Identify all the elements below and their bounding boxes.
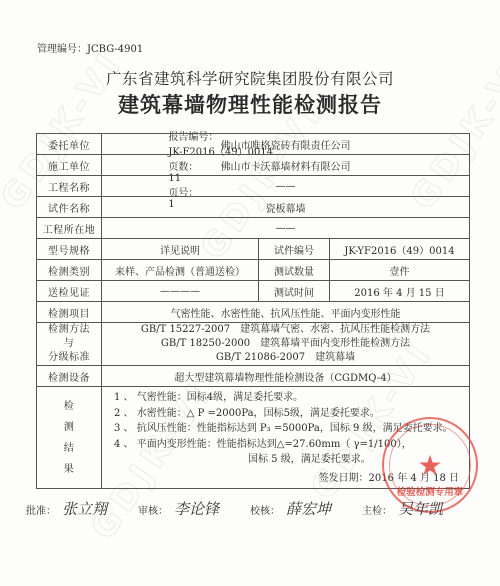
test-items-value: 气密性能、水密性能、抗风压性能、平面内变形性能 xyxy=(102,302,470,323)
quantity-value: 壹件 xyxy=(330,260,470,281)
test-items-label: 检测项目 xyxy=(37,302,102,323)
report-title: 建筑幕墙物理性能检测报告 xyxy=(0,89,500,119)
approve-label: 批准： xyxy=(26,502,56,517)
equipment-value: 超大型建筑幕墙物理性能检测设备（CGDMQ-4） xyxy=(102,366,470,387)
equipment-label: 检测设备 xyxy=(37,366,102,387)
contractor-label: 施工单位 xyxy=(37,155,102,176)
test-category-value: 来样、产品检测（普通送检） xyxy=(102,260,259,281)
specimen-name-value: 瓷板幕墙 xyxy=(102,197,470,218)
witness-label: 送检见证 xyxy=(37,281,102,302)
table-row: 工程所在地 —— xyxy=(37,218,470,239)
check-signature: 薛宏坤 xyxy=(286,498,331,519)
project-location-label: 工程所在地 xyxy=(37,218,102,239)
test-date-label: 测试时间 xyxy=(259,281,330,302)
result-line: 2 、 水密性能：△ P =2000Pa，国标5级，满足委托要求。 xyxy=(108,406,463,422)
test-date-value: 2016 年 4 月 15 日 xyxy=(330,281,470,302)
client-value: 佛山市唯格瓷砖有限责任公司 xyxy=(102,134,470,155)
project-location-value: —— xyxy=(102,218,470,239)
table-row: 型号规格 详见说明 试件编号 JK-YF2016（49）0014 xyxy=(37,239,470,260)
table-row: 工程名称 —— xyxy=(37,176,470,197)
model-value: 详见说明 xyxy=(102,239,259,260)
quantity-label: 测试数量 xyxy=(259,260,330,281)
project-name-value: —— xyxy=(102,176,470,197)
method-line: GB/T 18250-2000 建筑幕墙平面内变形性能检测方法 xyxy=(104,337,467,351)
table-row: 检测设备 超大型建筑幕墙物理性能检测设备（CGDMQ-4） xyxy=(37,366,470,387)
review-signature: 李论锋 xyxy=(174,498,219,519)
witness-value: ———— xyxy=(102,281,259,302)
model-label: 型号规格 xyxy=(37,239,102,260)
table-row: 检测类别 来样、产品检测（普通送检） 测试数量 壹件 xyxy=(37,260,470,281)
main-inspector-label: 主检： xyxy=(362,502,392,517)
company-name: 广东省建筑科学研究院集团股份有限公司 xyxy=(0,67,500,89)
table-row: 试件名称 瓷板幕墙 xyxy=(37,197,470,218)
result-line: 1 、 气密性能：国标4级，满足委托要求。 xyxy=(108,390,463,406)
table-row: 施工单位 佛山市卡沃幕墙材料有限公司 xyxy=(37,155,470,176)
main-inspector-signature: 吴年凯 xyxy=(398,498,443,519)
methods-label: 检测方法 与 分级标准 xyxy=(37,323,102,366)
star-icon: ★ xyxy=(384,449,476,482)
results-label: 检 测 结 果 xyxy=(37,387,102,489)
table-row: 检测方法 与 分级标准 GB/T 15227-2007 建筑幕墙气密、水密、抗风… xyxy=(37,323,470,366)
management-number: 管理编号：JCBG-4901 xyxy=(37,40,143,55)
table-row: 检测项目 气密性能、水密性能、抗风压性能、平面内变形性能 xyxy=(37,302,470,323)
check-label: 校核： xyxy=(250,502,280,517)
table-row: 送检见证 ———— 测试时间 2016 年 4 月 15 日 xyxy=(37,281,470,302)
test-category-label: 检测类别 xyxy=(37,260,102,281)
table-row: 委托单位 佛山市唯格瓷砖有限责任公司 xyxy=(37,134,470,155)
review-label: 审核： xyxy=(138,502,168,517)
specimen-name-label: 试件名称 xyxy=(37,197,102,218)
stamp-text: 检验检测专用章 xyxy=(384,484,476,498)
project-name-label: 工程名称 xyxy=(37,176,102,197)
specimen-no-value: JK-YF2016（49）0014 xyxy=(330,239,470,260)
client-label: 委托单位 xyxy=(37,134,102,155)
specimen-no-label: 试件编号 xyxy=(259,239,330,260)
methods-value: GB/T 15227-2007 建筑幕墙气密、水密、抗风压性能检测方法 GB/T… xyxy=(102,323,470,366)
contractor-value: 佛山市卡沃幕墙材料有限公司 xyxy=(102,155,470,176)
approve-signature: 张立翔 xyxy=(62,498,107,519)
method-line: GB/T 21086-2007 建筑幕墙 xyxy=(104,351,467,365)
method-line: GB/T 15227-2007 建筑幕墙气密、水密、抗风压性能检测方法 xyxy=(104,323,467,337)
